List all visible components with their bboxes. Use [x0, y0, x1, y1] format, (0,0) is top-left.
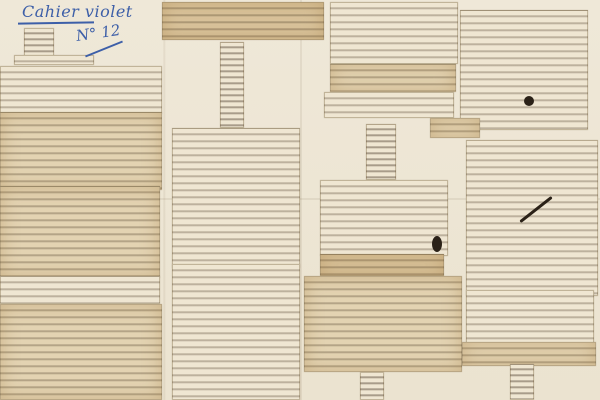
manuscript-sheet: Cahier violet N° 12 — [0, 0, 600, 400]
paperole-p24 — [360, 372, 384, 400]
paperole-p21 — [466, 140, 598, 296]
paperole-p16 — [172, 264, 300, 400]
paperole-p4 — [220, 42, 244, 128]
paperole-p8 — [460, 10, 588, 130]
paperole-p2 — [14, 55, 94, 65]
paperole-p22 — [466, 290, 594, 344]
paperole-p12 — [0, 186, 160, 278]
title-underline — [18, 21, 94, 24]
paperole-p5 — [330, 2, 458, 64]
paperole-p9 — [430, 118, 480, 138]
paperole-p10 — [0, 66, 162, 114]
paperole-p13 — [0, 276, 160, 304]
paperole-p23 — [462, 342, 596, 366]
paperole-p6 — [330, 64, 456, 92]
notebook-number: N° 12 — [75, 21, 122, 45]
paperole-p3 — [162, 2, 324, 40]
paperole-p25 — [510, 364, 534, 400]
paperole-p11 — [0, 112, 162, 190]
fold-line-vertical — [300, 0, 302, 400]
ink-blot-b1 — [524, 96, 534, 106]
ink-blot-b2 — [432, 236, 442, 252]
paperole-p19 — [320, 254, 444, 276]
notebook-title: Cahier violet — [22, 2, 133, 21]
paperole-p20 — [304, 276, 462, 372]
paperole-p17 — [366, 124, 396, 180]
paperole-p14 — [0, 304, 162, 400]
paperole-p18 — [320, 180, 448, 256]
paperole-p15 — [172, 128, 300, 268]
paperole-p7 — [324, 92, 454, 118]
paperole-p1 — [24, 28, 54, 56]
